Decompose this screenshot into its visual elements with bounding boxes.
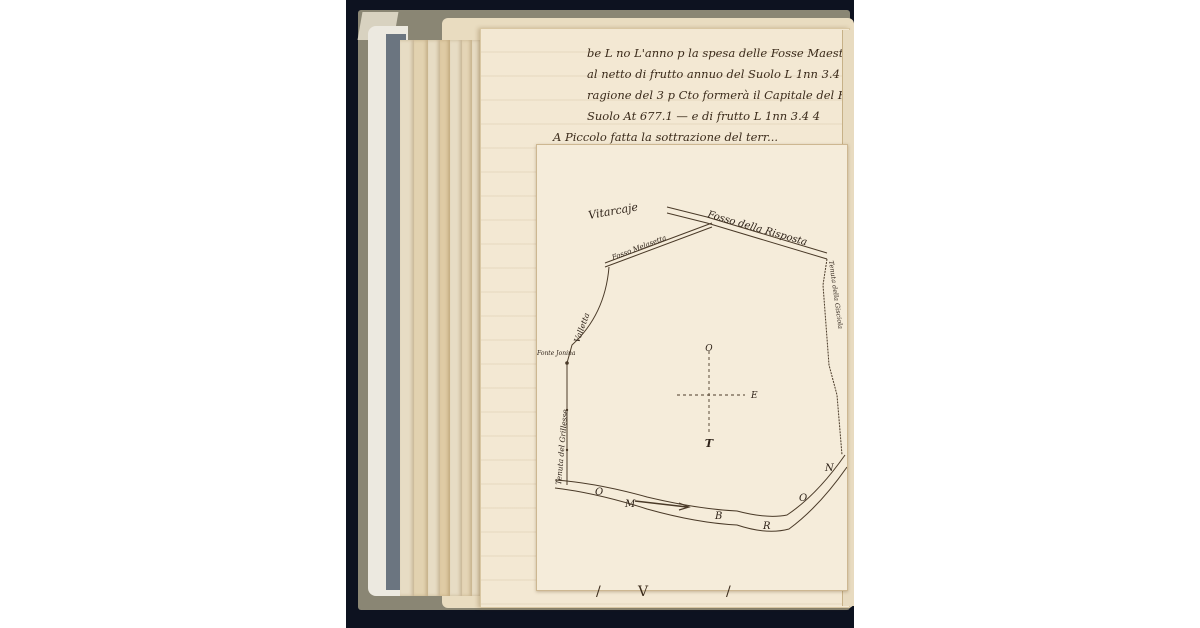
river-letter: M — [624, 499, 636, 510]
handwriting-line: al netto di frutto annuo del Suolo L 1nn… — [587, 64, 847, 85]
river-letter: O — [799, 493, 807, 504]
page-edge — [414, 40, 429, 596]
compass-south-label: T — [705, 437, 714, 450]
pencil-mark: / — [726, 584, 731, 600]
compass-east-label: E — [750, 391, 758, 401]
page-edge — [400, 40, 415, 596]
river-letter: B — [714, 511, 722, 522]
river-letter: N — [824, 463, 835, 474]
header-handwriting: be L no L'anno p la spesa delle Fosse Ma… — [587, 43, 847, 148]
handwriting-line: ragione del 3 p Cto formerà il Capitale … — [587, 85, 847, 106]
handwriting-line: be L no L'anno p la spesa delle Fosse Ma… — [587, 43, 847, 64]
river-letter: R — [762, 521, 771, 532]
label-fosso-risposta: Fosso della Risposta — [705, 209, 808, 248]
manuscript-photo: be L no L'anno p la spesa delle Fosse Ma… — [346, 0, 854, 628]
pencil-mark: V — [637, 584, 649, 600]
label-tenuta-gisciola: Tenuta della Gisciola — [827, 260, 845, 329]
river-letter: O — [595, 487, 603, 498]
bottom-pencil-marks: / V / — [596, 580, 796, 600]
label-vitarcaje: Vitarcaje — [587, 200, 639, 222]
pencil-mark: / — [596, 584, 601, 600]
label-fonte-jonina: Fonte Jonina — [537, 350, 576, 357]
handwriting-line: Suolo At 677.1 — e di frutto L 1nn 3.4 4 — [587, 106, 847, 127]
estate-map: Vitarcaje Fosso della Risposta Fosso Mel… — [537, 145, 847, 590]
map-sheet: Vitarcaje Fosso della Risposta Fosso Mel… — [536, 144, 848, 591]
compass-north-label: O — [705, 344, 713, 354]
label-valletta: Valletta — [572, 311, 591, 343]
label-fosso-melasetta: Fosso Melasetta — [610, 234, 668, 262]
